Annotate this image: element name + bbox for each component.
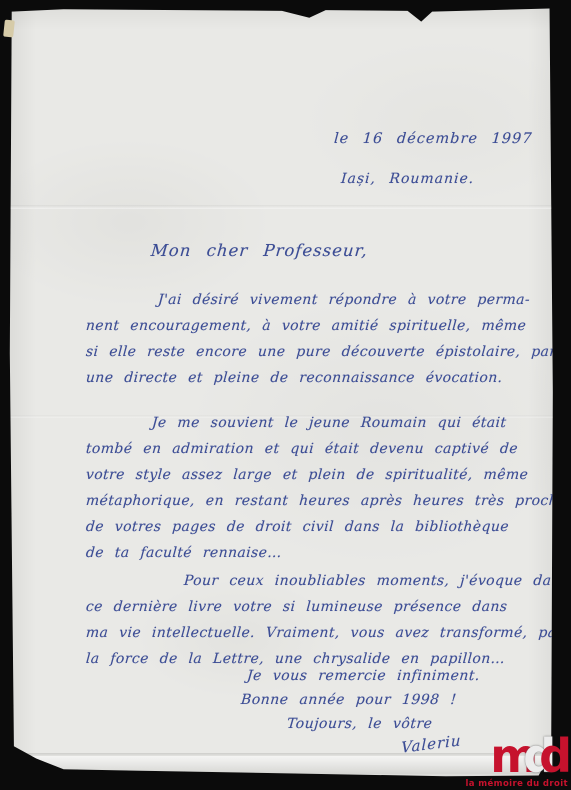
letter-line: tombé en admiration et qui était devenu … (85, 436, 568, 462)
paragraph-3: Pour ceux inoubliables moments, j'évoque… (85, 568, 568, 672)
mdd-logo-letters: mdd (465, 737, 570, 779)
place-line: Iași, Roumanie. (340, 171, 474, 187)
tape-fragment (3, 20, 15, 38)
letter-line: métaphorique, en restant heures après he… (85, 488, 568, 514)
mdd-logo: mdd la mémoire du droit (465, 737, 570, 789)
closing-line-thanks: Je vous remercie infiniment. (246, 668, 480, 684)
letter-line: nent encouragement, à votre amitié spiri… (85, 313, 557, 339)
salutation-line: Mon cher Professeur, (150, 241, 369, 260)
letter-line: J'ai désiré vivement répondre à votre pe… (85, 287, 557, 313)
closing-line-yours: Toujours, le vôtre (286, 716, 433, 732)
letter-line: Pour ceux inoubliables moments, j'évoque… (85, 568, 569, 594)
date-line: le 16 décembre 1997 (333, 131, 533, 147)
paragraph-2: Je me souvient le jeune Roumain qui étai… (85, 410, 566, 566)
logo-tagline: la mémoire du droit (465, 779, 570, 789)
letter-line: Je me souvient le jeune Roumain qui étai… (85, 410, 568, 436)
logo-letter-d2: d (539, 729, 570, 783)
letter-line: de ta faculté rennaise… (85, 540, 568, 566)
letter-line: si elle reste encore une pure découverte… (85, 339, 557, 365)
letter-sheet: le 16 décembre 1997 Iași, Roumanie. Mon … (9, 7, 555, 777)
letter-line: une directe et pleine de reconnaissance … (85, 365, 557, 391)
letter-line: ma vie intellectuelle. Vraiment, vous av… (85, 620, 569, 646)
paragraph-1: J'ai désiré vivement répondre à votre pe… (85, 287, 556, 391)
closing-line-new-year: Bonne année pour 1998 ! (240, 692, 457, 708)
letter-line: de votres pages de droit civil dans la b… (85, 514, 568, 540)
letter-line: ce dernière livre votre si lumineuse pré… (85, 594, 569, 620)
letter-line: votre style assez large et plein de spir… (85, 462, 568, 488)
signature: Valeriu (401, 731, 462, 757)
paper-crease (9, 205, 555, 209)
